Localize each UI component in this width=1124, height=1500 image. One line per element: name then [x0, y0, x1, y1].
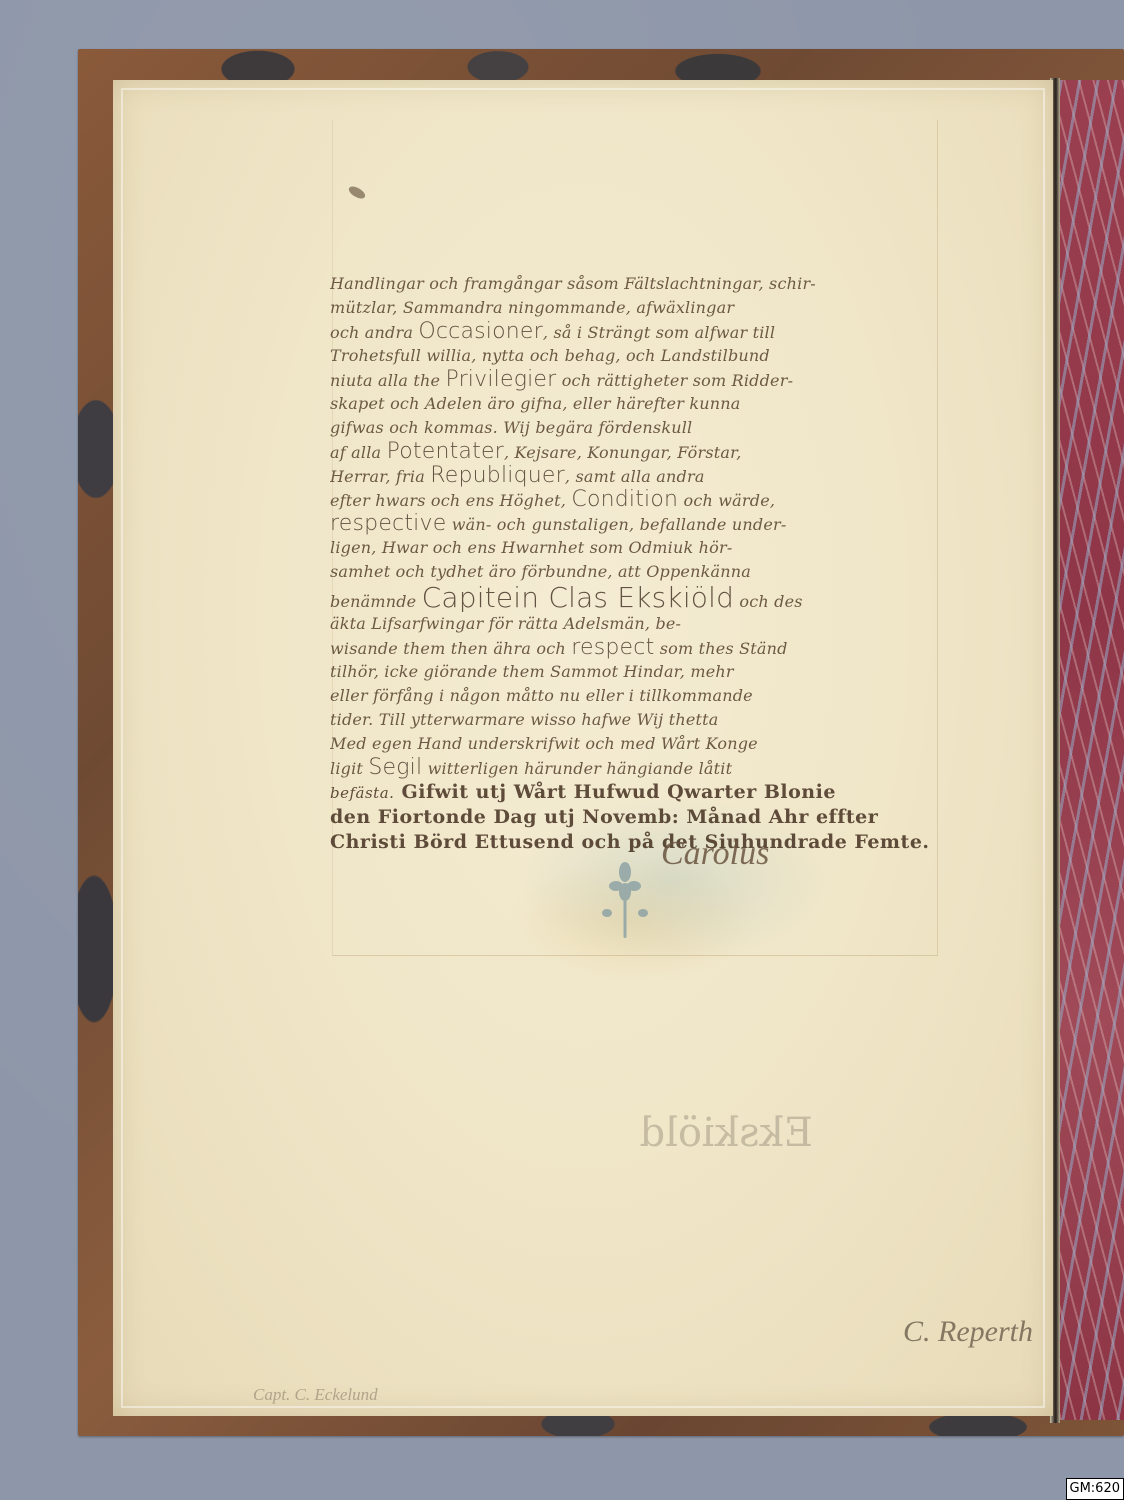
charter-line: skapet och Adelen äro gifna, eller häref… [330, 392, 970, 416]
signature-bottom-right: C. Reperth [903, 1315, 1033, 1349]
charter-line: mützlar, Sammandra ningommande, afwäxlin… [330, 296, 970, 320]
royal-signature: Carolus [661, 835, 769, 873]
charter-text: Handlingar och framgångar såsom Fältslac… [330, 272, 970, 855]
charter-line: gifwas och kommas. Wij begära fördenskul… [330, 416, 970, 440]
grantee-name: Capitein Clas Ekskiöld [422, 584, 734, 612]
charter-line: niuta alla the Privilegier och rättighet… [330, 368, 970, 392]
charter-line: respective wän- och gunstaligen, befalla… [330, 512, 970, 536]
seal-leaf-icon [600, 858, 650, 948]
charter-dateline: den Fiortonde Dag utj Novemb: Månad Ahr … [330, 805, 970, 830]
charter-line: ligit Segil witterligen härunder hängian… [330, 756, 970, 780]
charter-line: af alla Potentater, Kejsare, Konungar, F… [330, 440, 970, 464]
charter-line: Trohetsfull willia, nytta och behag, och… [330, 344, 970, 368]
charter-line: äkta Lifsarfwingar för rätta Adelsmän, b… [330, 612, 970, 636]
charter-dateline: Christi Börd Ettusend och på det Siuhund… [330, 830, 970, 855]
charter-line: tider. Till ytterwarmare wisso hafwe Wij… [330, 708, 970, 732]
charter-line: Med egen Hand underskrifwit och med Wårt… [330, 732, 970, 756]
pencil-note-bottom-left: Capt. C. Eckelund [253, 1385, 378, 1405]
catalog-number-tag: GM:620 [1066, 1478, 1124, 1500]
charter-line: Herrar, fria Republiquer, samt alla andr… [330, 464, 970, 488]
charter-line: tilhör, icke giörande them Sammot Hindar… [330, 660, 970, 684]
marbled-endpaper [1060, 80, 1124, 1420]
charter-line-grantee: benämnde Capitein Clas Ekskiöld och des [330, 584, 970, 612]
charter-line: wisande them then ähra och respect som t… [330, 636, 970, 660]
charter-line: eller förfång i någon måtto nu eller i t… [330, 684, 970, 708]
charter-line: samhet och tydhet äro förbundne, att Opp… [330, 560, 970, 584]
charter-line: ligen, Hwar och ens Hwarnhet som Odmiuk … [330, 536, 970, 560]
charter-line: efter hwars och ens Höghet, Condition oc… [330, 488, 970, 512]
charter-dateline: befästa. Gifwit utj Wårt Hufwud Qwarter … [330, 780, 970, 805]
charter-line: Handlingar och framgångar såsom Fältslac… [330, 272, 970, 296]
charter-line: och andra Occasioner, så i Strängt som a… [330, 320, 970, 344]
parchment-page: Handlingar och framgångar såsom Fältslac… [113, 80, 1053, 1416]
